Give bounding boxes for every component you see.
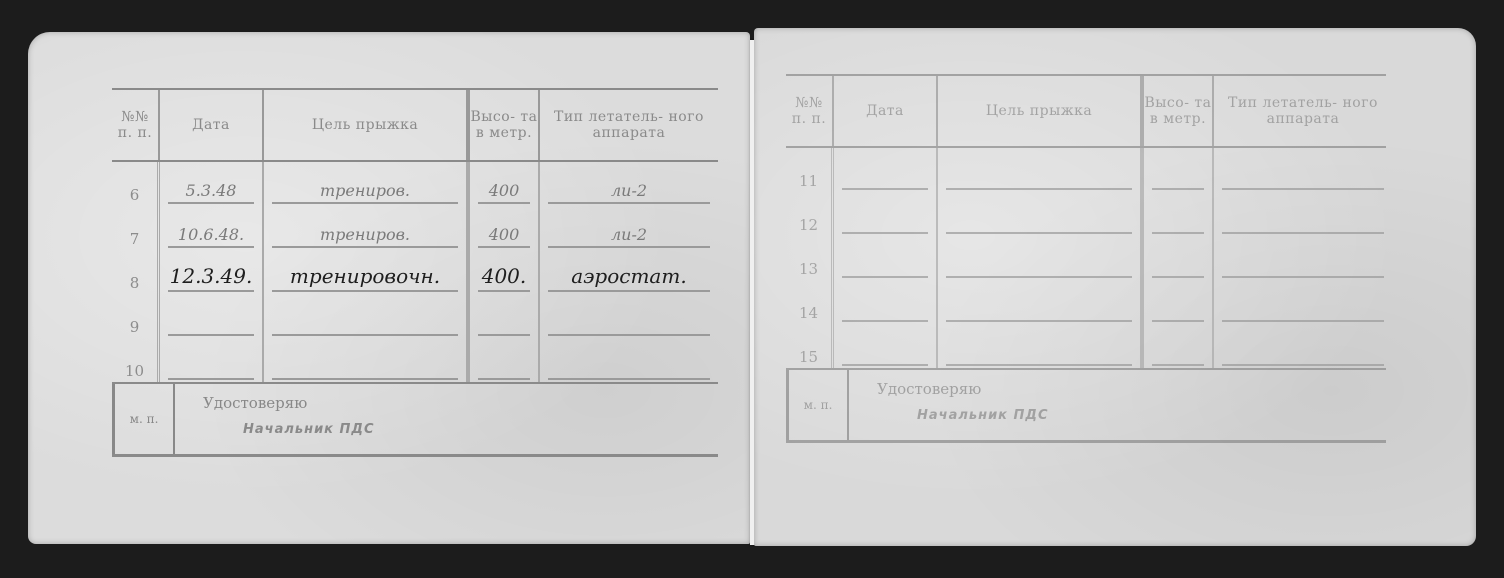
date-cell [834,280,938,324]
height-cell: 400. [468,250,540,294]
purpose-cell [938,148,1142,192]
jump-log-table-left: №№ п. п. Дата Цель прыжка Высо- та в мет… [112,88,718,457]
row-number: 7 [112,206,160,250]
row-number: 6 [112,162,160,206]
height-cell [468,338,540,382]
header-purpose: Цель прыжка [264,90,468,160]
height-cell [1142,192,1214,236]
row-number: 8 [112,250,160,294]
table-row: 13 [786,236,1386,280]
header-no: №№ п. п. [786,76,834,146]
table-header: №№ п. п. Дата Цель прыжка Высо- та в мет… [786,76,1386,148]
signer-title: Начальник ПДС [243,422,375,437]
header-date: Дата [160,90,264,160]
aircraft-cell [1214,148,1392,192]
date-cell [834,236,938,280]
purpose-cell [264,338,468,382]
table-row: 812.3.49.тренировочн.400.аэростат. [112,250,718,294]
signer-title: Начальник ПДС [917,408,1049,423]
purpose-cell [938,280,1142,324]
aircraft-cell [1214,236,1392,280]
header-aircraft: Тип летатель- ного аппарата [540,90,718,160]
aircraft-cell: ли-2 [540,162,718,206]
table-row: 15 [786,324,1386,368]
table-row: 65.3.48трениров.400ли-2 [112,162,718,206]
right-page: №№ п. п. Дата Цель прыжка Высо- та в мет… [754,28,1476,546]
certification-block: м. п. Удостоверяю Начальник ПДС [112,382,718,457]
row-number: 12 [786,192,834,236]
purpose-cell [938,236,1142,280]
stamp-place: м. п. [112,384,175,454]
height-cell [468,294,540,338]
row-number: 10 [112,338,160,382]
row-number: 14 [786,280,834,324]
aircraft-cell [540,294,718,338]
header-date: Дата [834,76,938,146]
row-number: 15 [786,324,834,368]
header-no: №№ п. п. [112,90,160,160]
height-cell [1142,236,1214,280]
table-row: 710.6.48.трениров.400ли-2 [112,206,718,250]
table-body: 1112131415 [786,148,1386,368]
purpose-cell: тренировочн. [264,250,468,294]
table-row: 11 [786,148,1386,192]
table-row: 10 [112,338,718,382]
aircraft-cell [1214,280,1392,324]
aircraft-cell: ли-2 [540,206,718,250]
header-height: Высо- та в метр. [468,90,540,160]
purpose-cell: трениров. [264,206,468,250]
purpose-cell: трениров. [264,162,468,206]
date-cell: 12.3.49. [160,250,264,294]
aircraft-cell [1214,324,1392,368]
height-cell [1142,280,1214,324]
date-cell [834,324,938,368]
aircraft-cell [540,338,718,382]
row-number: 11 [786,148,834,192]
date-cell [834,148,938,192]
date-cell: 10.6.48. [160,206,264,250]
height-cell: 400 [468,206,540,250]
certify-label: Удостоверяю [203,394,307,412]
date-cell: 5.3.48 [160,162,264,206]
row-number: 9 [112,294,160,338]
table-row: 9 [112,294,718,338]
purpose-cell [938,324,1142,368]
jump-log-table-right: №№ п. п. Дата Цель прыжка Высо- та в мет… [786,74,1386,443]
height-cell [1142,148,1214,192]
aircraft-cell: аэростат. [540,250,718,294]
purpose-cell [264,294,468,338]
table-header: №№ п. п. Дата Цель прыжка Высо- та в мет… [112,90,718,162]
left-page: №№ п. п. Дата Цель прыжка Высо- та в мет… [28,32,750,544]
row-number: 13 [786,236,834,280]
table-row: 14 [786,280,1386,324]
aircraft-cell [1214,192,1392,236]
header-purpose: Цель прыжка [938,76,1142,146]
table-body: 65.3.48трениров.400ли-2710.6.48.трениров… [112,162,718,382]
header-height: Высо- та в метр. [1142,76,1214,146]
date-cell [834,192,938,236]
table-row: 12 [786,192,1386,236]
date-cell [160,338,264,382]
date-cell [160,294,264,338]
certify-label: Удостоверяю [877,380,981,398]
purpose-cell [938,192,1142,236]
header-aircraft: Тип летатель- ного аппарата [1214,76,1392,146]
certification-block: м. п. Удостоверяю Начальник ПДС [786,368,1386,443]
height-cell: 400 [468,162,540,206]
height-cell [1142,324,1214,368]
stamp-place: м. п. [786,370,849,440]
